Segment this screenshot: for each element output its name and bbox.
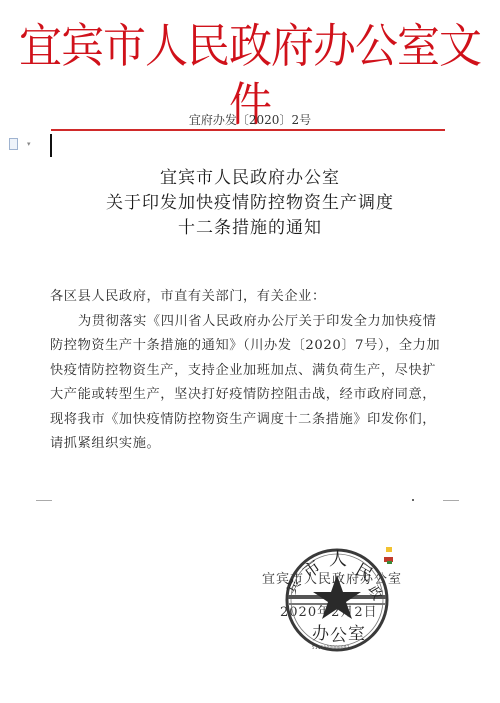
body-line: 防控物资生产十条措施的通知》（川办发〔2020〕7号），全力加: [50, 334, 450, 359]
svg-text:政: 政: [365, 583, 386, 603]
svg-text:市: 市: [299, 557, 324, 583]
red-separator-rule: [51, 129, 445, 131]
document-number: 宜府办发〔2020〕2号: [0, 113, 500, 127]
salutation: 各区县人民政府，市直有关部门，有关企业：: [50, 285, 450, 310]
body-line: 请抓紧组织实施。: [50, 432, 450, 457]
text-cursor: [50, 134, 52, 157]
paste-options-button[interactable]: ▾: [7, 137, 33, 151]
svg-text:办: 办: [312, 624, 330, 644]
body-line: 为贯彻落实《四川省人民政府办公厅关于印发全力加快疫情: [50, 310, 450, 335]
svg-text:5115000000097: 5115000000097: [312, 645, 350, 650]
margin-corner-mark-left: [36, 500, 52, 501]
body-line: 大产能或转型生产，坚决打好疫情防控阻击战，经市政府同意，: [50, 383, 450, 408]
document-page: 宜宾市人民政府办公室文件 宜府办发〔2020〕2号 ▾ 宜宾市人民政府办公室 关…: [0, 0, 500, 703]
svg-text:室: 室: [348, 624, 365, 644]
paragraph-anchor-dot: [412, 499, 414, 501]
title-line: 宜宾市人民政府办公室: [0, 166, 500, 191]
svg-text:公: 公: [330, 626, 347, 646]
document-title: 宜宾市人民政府办公室 关于印发加快疫情防控物资生产调度 十二条措施的通知: [0, 166, 500, 241]
document-body: 各区县人民政府，市直有关部门，有关企业： 为贯彻落实《四川省人民政府办公厅关于印…: [50, 285, 450, 457]
seal-graphic: 市 人 民 宾 政 办 公 室 5115000000097: [282, 545, 392, 655]
title-line: 十二条措施的通知: [0, 216, 500, 241]
document-icon: [9, 138, 18, 150]
official-seal: 市 人 民 宾 政 办 公 室 5115000000097: [282, 545, 392, 655]
body-line: 快疫情防控物资生产，支持企业加班加点、满负荷生产，尽快扩: [50, 359, 450, 384]
svg-text:人: 人: [329, 549, 347, 570]
title-line: 关于印发加快疫情防控物资生产调度: [0, 191, 500, 216]
margin-corner-mark-right: [443, 500, 459, 501]
body-line: 现将我市《加快疫情防控物资生产调度十二条措施》印发你们，: [50, 408, 450, 433]
signature-marker-icon: [382, 545, 396, 575]
dropdown-arrow-icon: ▾: [27, 140, 31, 148]
